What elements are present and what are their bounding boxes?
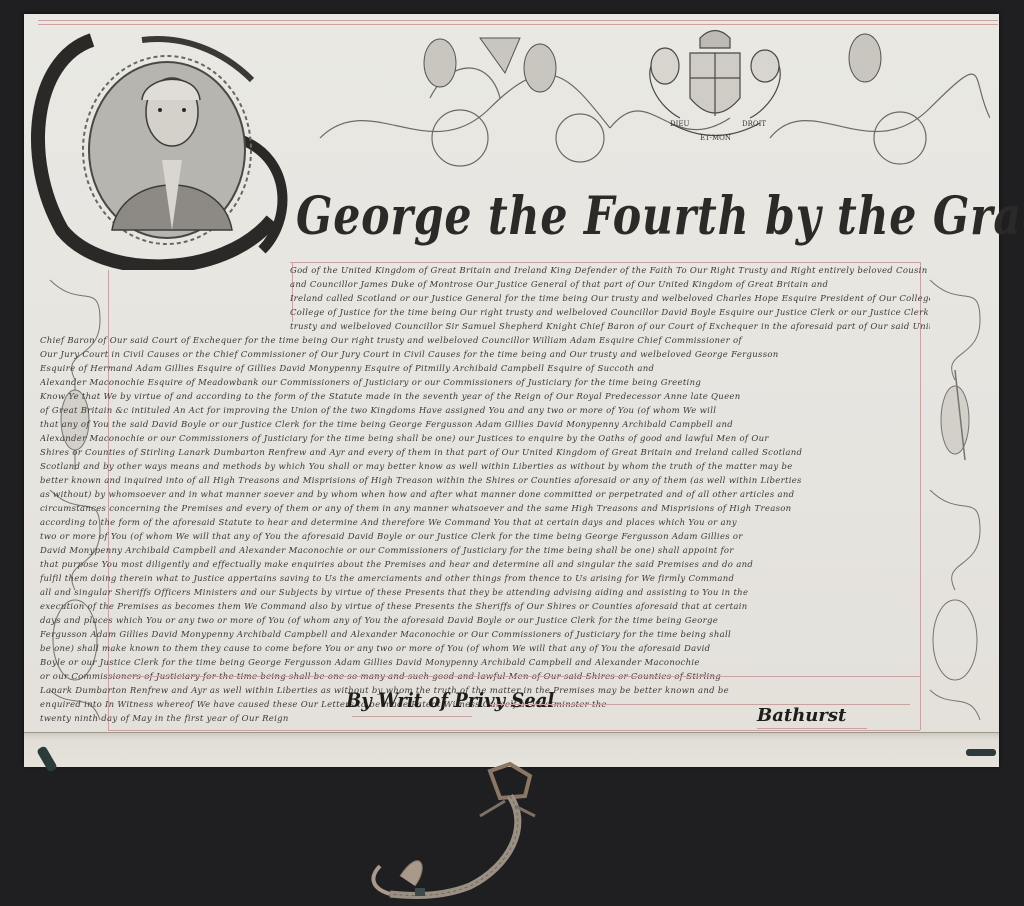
body-line: better known and inquired into of all Hi… <box>40 476 930 490</box>
body-line: Boyle or our Justice Clerk for the time … <box>40 658 930 672</box>
body-line: and Councillor James Duke of Montrose Ou… <box>290 280 930 294</box>
body-line: or our Commissioners of Justiciary for t… <box>40 672 930 686</box>
body-line: two or more of You (of whom We will that… <box>40 532 930 546</box>
body-line: days and places which You or any two or … <box>40 616 930 630</box>
signature-underline <box>757 728 867 729</box>
writ-of-privy-seal: By Writ of Privy Seal <box>346 688 554 712</box>
body-line: fulfil them doing therein what to Justic… <box>40 574 930 588</box>
body-line: as without) by whomsoever and in what ma… <box>40 490 930 504</box>
body-line: Chief Baron of Our said Court of Exchequ… <box>40 336 930 350</box>
ruling-line <box>108 730 920 731</box>
motto-et-mon: ET·MON <box>700 134 731 142</box>
writ-trailing-line <box>490 704 910 705</box>
document-title-line: George the Fourth by the Grace of <box>296 186 870 256</box>
body-line: circumstances concerning the Premises an… <box>40 504 930 518</box>
ruling-line <box>108 676 920 677</box>
body-line: that purpose You most diligently and eff… <box>40 560 930 574</box>
body-line: Alexander Maconochie Esquire of Meadowba… <box>40 378 930 392</box>
body-line: of Great Britain &c intituled An Act for… <box>40 406 930 420</box>
body-line: College of Justice for the time being Ou… <box>290 308 930 322</box>
body-line: according to the form of the aforesaid S… <box>40 518 930 532</box>
body-line: Alexander Maconochie or our Commissioner… <box>40 434 930 448</box>
body-line: God of the United Kingdom of Great Brita… <box>290 266 930 280</box>
portrait-initial-g <box>22 20 302 270</box>
signature-bathurst: Bathurst <box>757 705 846 726</box>
body-line: be one) shall make known to them they ca… <box>40 644 930 658</box>
body-line: Fergusson Adam Gillies David Monypenny A… <box>40 630 930 644</box>
body-line: David Monypenny Archibald Campbell and A… <box>40 546 930 560</box>
body-line: Esquire of Hermand Adam Gillies Esquire … <box>40 364 930 378</box>
body-line: Ireland called Scotland or our Justice G… <box>290 294 930 308</box>
body-line: execution of the Premises as becomes the… <box>40 602 930 616</box>
body-line: Shires or Counties of Stirling Lanark Du… <box>40 448 930 462</box>
seal-cord <box>360 756 580 906</box>
body-line: Scotland and by other ways means and met… <box>40 462 930 476</box>
body-line: trusty and welbeloved Councillor Sir Sam… <box>290 322 930 336</box>
body-line: Know Ye that We by virtue of and accordi… <box>40 392 930 406</box>
motto-droit: DROIT <box>742 120 766 128</box>
body-line: that any of You the said David Boyle or … <box>40 420 930 434</box>
right-decorative-border <box>920 270 990 724</box>
body-line: all and singular Sheriffs Officers Minis… <box>40 588 930 602</box>
motto-dieu: DIEU <box>670 120 689 128</box>
writ-underline <box>352 716 472 717</box>
wax-mark-right <box>966 749 996 756</box>
top-ornamental-scrollwork: DIEU ET·MON DROIT <box>310 18 990 178</box>
ruling-line <box>290 262 920 263</box>
body-line: Our Jury Court in Civil Causes or the Ch… <box>40 350 930 364</box>
